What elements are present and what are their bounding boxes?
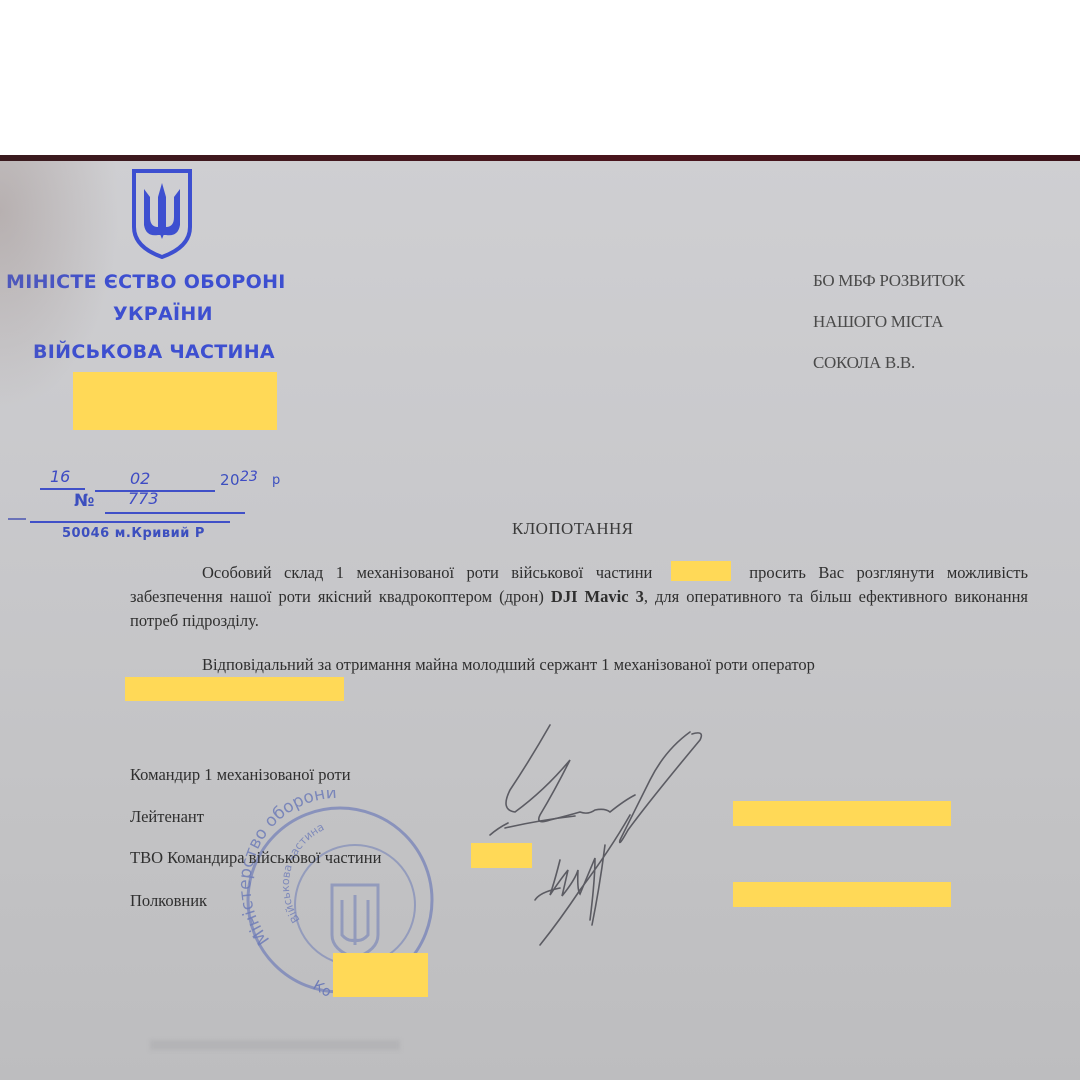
- stamp-rule: [30, 521, 230, 523]
- date-year-prefix: 20: [220, 471, 240, 489]
- redacted-lieutenant-name: [733, 801, 951, 826]
- signature-commander-title: Командир 1 механізованої роти: [130, 765, 351, 785]
- request-paragraph: Особовий склад 1 механізованої роти війс…: [130, 561, 1028, 633]
- document-number: 773: [128, 489, 159, 508]
- svg-text:Військова частина: Військова частина: [279, 820, 326, 925]
- unit-address: 50046 м.Кривий Р: [62, 526, 205, 541]
- signature-rank-lieutenant: Лейтенант: [130, 807, 204, 827]
- redacted-colonel-name: [733, 882, 951, 907]
- handwritten-signatures: [460, 720, 720, 960]
- date-month: 02: [130, 469, 150, 488]
- document-photo: МІНІСТЕ ЄСТВО ОБОРОНІ УКРАЇНИ ВІЙСЬКОВА …: [0, 155, 1080, 1080]
- ministry-line-1: МІНІСТЕ ЄСТВО ОБОРОНІ: [6, 271, 286, 293]
- document-title: КЛОПОТАННЯ: [512, 519, 633, 539]
- stamp-dash: [8, 518, 26, 520]
- date-year-mark: р: [272, 473, 281, 488]
- seal-bottom-text: Ко: [310, 978, 334, 1001]
- number-underline: [105, 512, 245, 514]
- responsible-paragraph: Відповідальний за отримання майна молодш…: [130, 653, 1028, 677]
- date-day: 16: [50, 467, 70, 486]
- recipient-line-3: СОКОЛА В.В.: [813, 353, 915, 373]
- ministry-line-2: УКРАЇНИ: [113, 303, 213, 325]
- number-label: №: [74, 491, 95, 511]
- bleed-through-text: [150, 1040, 400, 1050]
- recipient-line-1: БО МБФ РОЗВИТОК: [813, 271, 965, 291]
- military-unit-line: ВІЙСЬКОВА ЧАСТИНА: [33, 341, 275, 363]
- responsible-text: Відповідальний за отримання майна молодш…: [202, 655, 815, 674]
- redacted-unit-number: [73, 372, 277, 430]
- seal-inner-text: Військова частина: [279, 820, 326, 925]
- request-text-part1: Особовий склад 1 механізованої роти війс…: [202, 563, 652, 582]
- date-day-underline: [40, 488, 85, 490]
- signature-rank-colonel: Полковник: [130, 891, 207, 911]
- date-year-suffix: 23: [240, 469, 258, 485]
- signature-acting-commander-title: ТВО Командира військової частини: [130, 848, 381, 868]
- redacted-seal-code: [333, 953, 428, 997]
- seal-trident-icon: [332, 885, 378, 958]
- redacted-operator-name: [125, 677, 344, 701]
- recipient-line-2: НАШОГО МІСТА: [813, 312, 943, 332]
- trident-coat-of-arms-icon: [128, 167, 196, 259]
- redacted-unit-inline: [671, 561, 731, 581]
- drone-model: DJI Mavic 3: [551, 587, 644, 606]
